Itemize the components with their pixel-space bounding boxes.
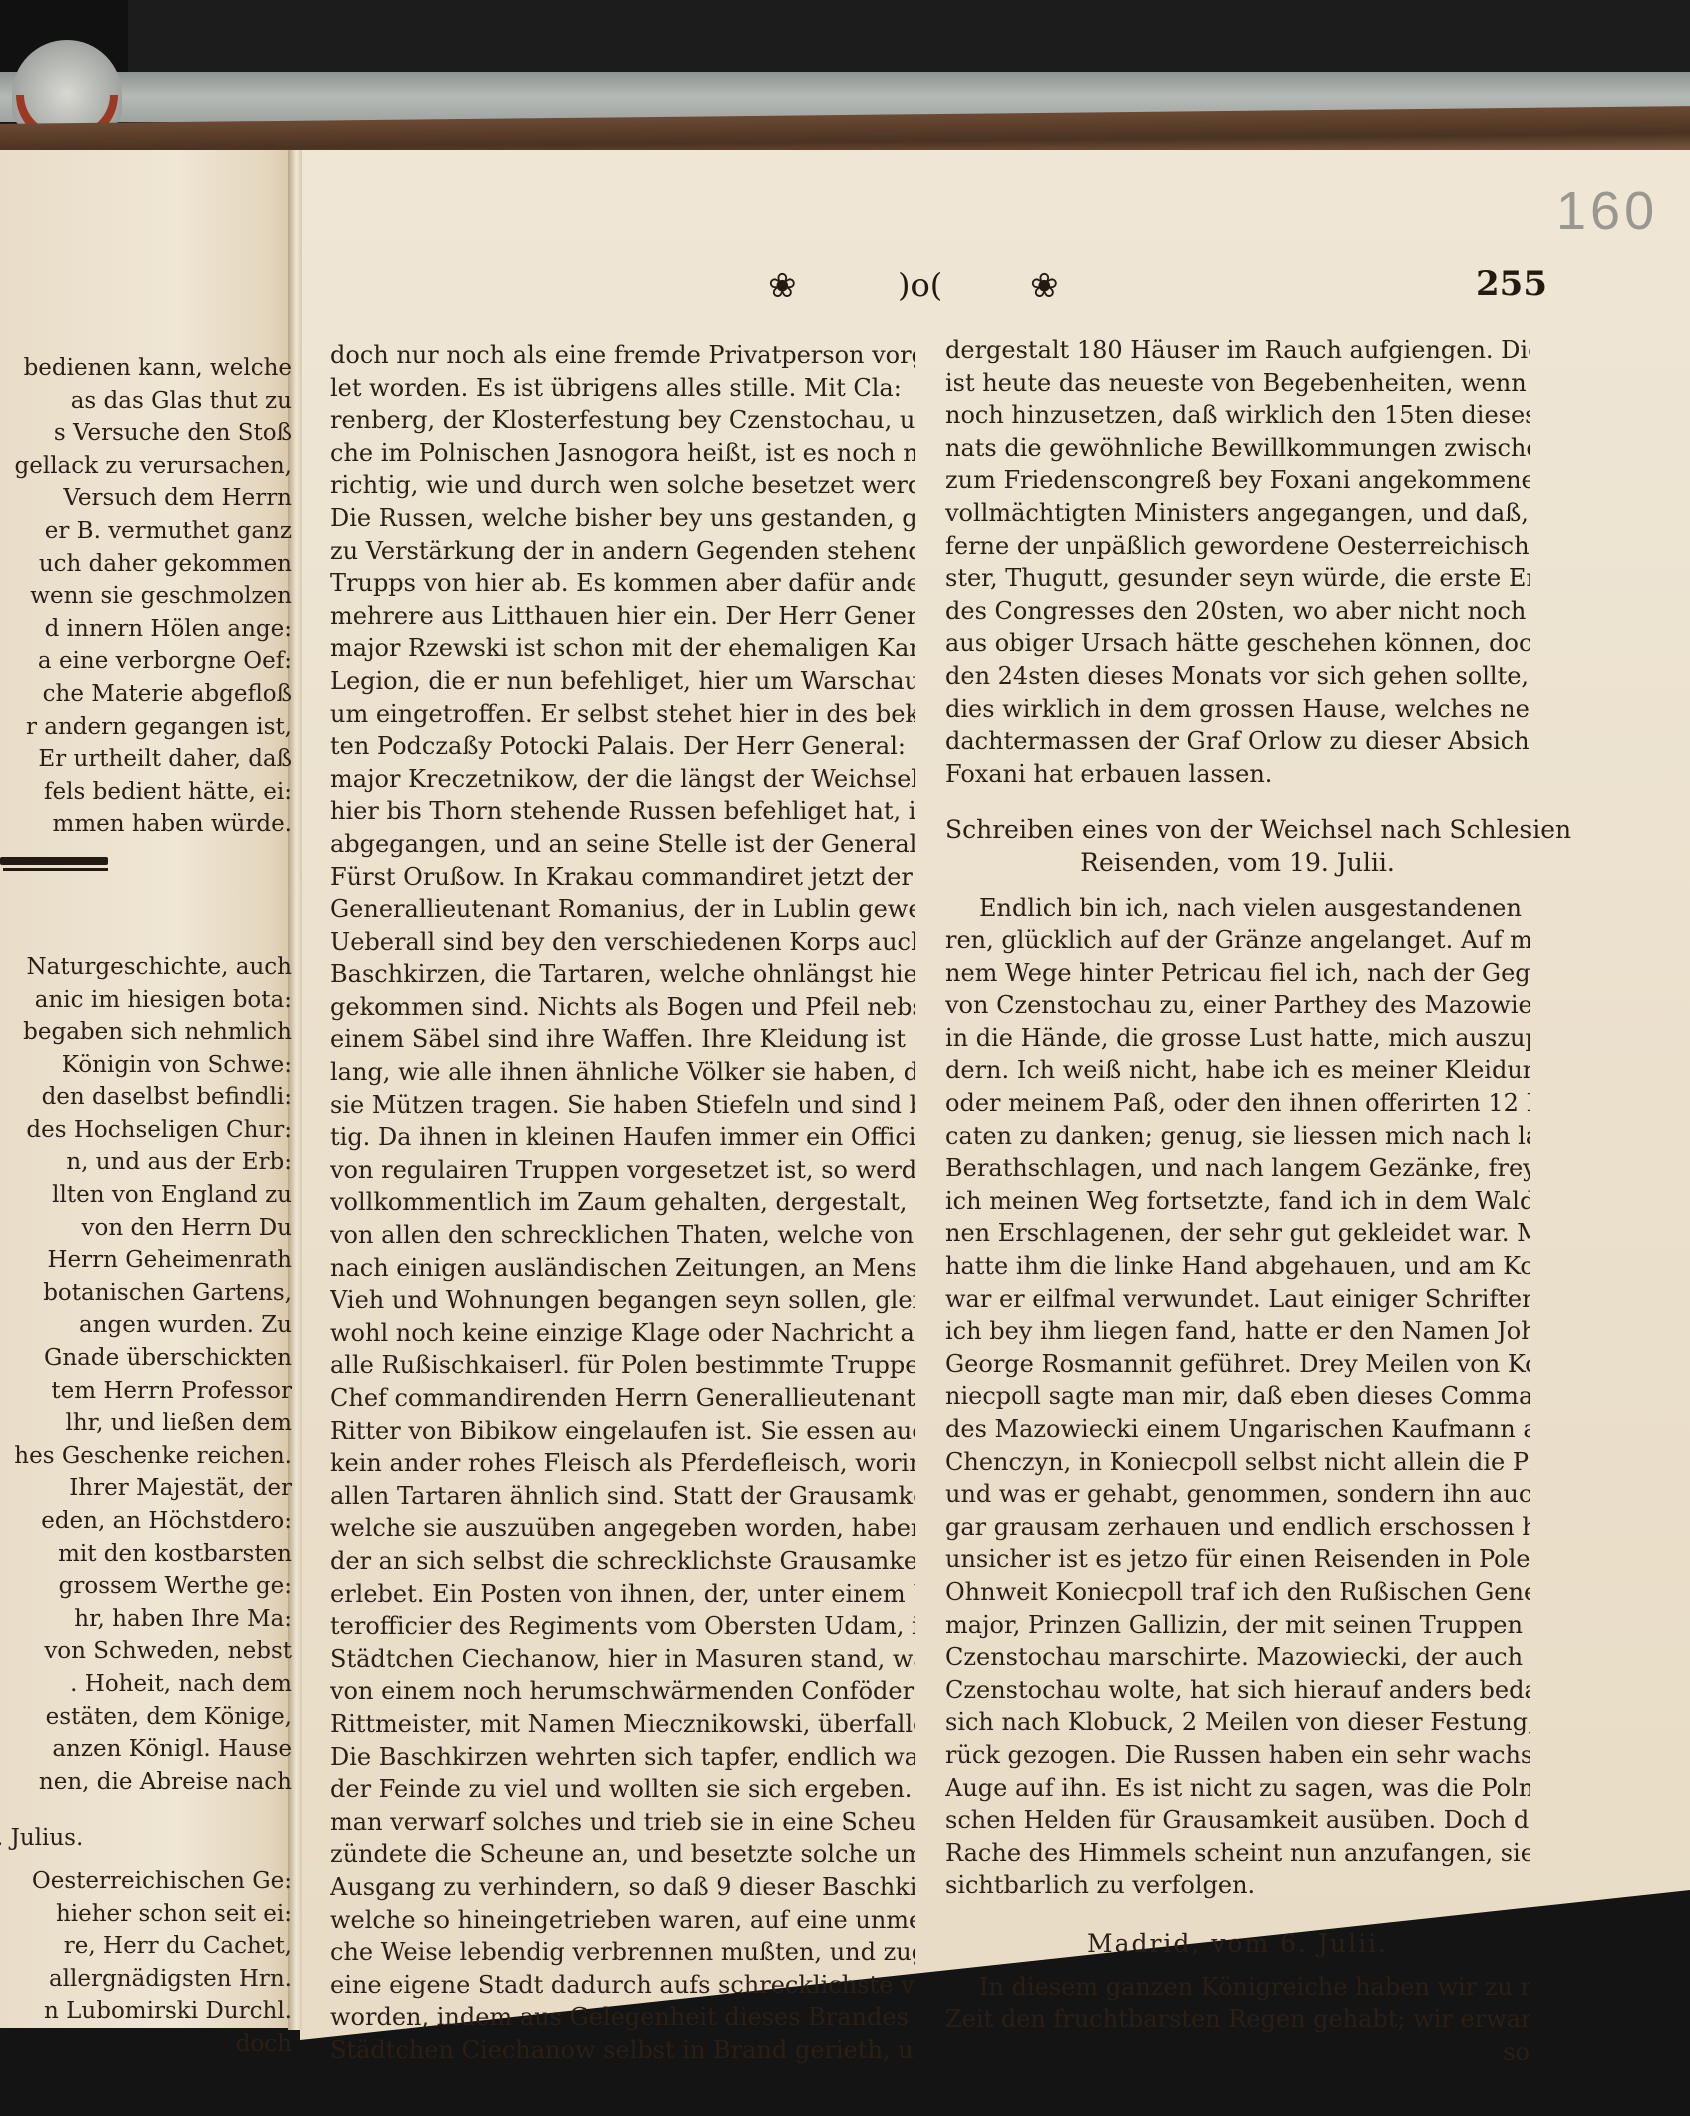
text-line: aus obiger Ursach hätte geschehen können… (945, 627, 1530, 660)
text-line: terofficier des Regiments vom Obersten U… (330, 1610, 915, 1643)
text-line: von Schweden, nebst (0, 1635, 292, 1668)
text-line: der an sich selbst die schrecklichste Gr… (330, 1545, 915, 1578)
text-line: welche so hineingetrieben waren, auf ein… (330, 1904, 915, 1937)
text-line: Auge auf ihn. Es ist nicht zu sagen, was… (945, 1772, 1530, 1805)
text-line: nach einigen ausländischen Zeitungen, an… (330, 1252, 915, 1285)
text-line: des Congresses den 20sten, wo aber nicht… (945, 595, 1530, 628)
text-line: worden, indem aus Gelegenheit dieses Bra… (330, 2001, 915, 2034)
catchword: so (945, 2036, 1530, 2069)
section-gap (945, 880, 1530, 892)
text-line: zündete die Scheune an, und besetzte sol… (330, 1838, 915, 1871)
text-line: Foxani hat erbauen lassen. (945, 758, 1530, 791)
text-line: fels bedient hätte, ei: (0, 776, 292, 809)
text-line: Rache des Himmels scheint nun anzufangen… (945, 1837, 1530, 1870)
text-line: renberg, der Klosterfestung bey Czenstoc… (330, 404, 915, 437)
text-line: Legion, die er nun befehliget, hier um W… (330, 665, 915, 698)
text-line: man verwarf solches und trieb sie in ein… (330, 1806, 915, 1839)
text-line: Herrn Geheimenrath (0, 1244, 292, 1277)
text-line: nen, die Abreise nach (0, 1766, 292, 1799)
text-line: Berathschlagen, und nach langem Gezänke,… (945, 1152, 1530, 1185)
text-line: Endlich bin ich, nach vielen ausgestande… (945, 892, 1530, 925)
rule-thin (3, 868, 108, 871)
text-line: nen Erschlagenen, der sehr gut gekleidet… (945, 1217, 1530, 1250)
text-line: ster, Thugutt, gesunder seyn würde, die … (945, 562, 1530, 595)
text-line: niecpoll sagte man mir, daß eben dieses … (945, 1380, 1530, 1413)
section-gap (0, 1855, 292, 1865)
text-line: Königin von Schwe: (0, 1049, 292, 1082)
text-line: er B. vermuthet ganz (0, 515, 292, 548)
text-line: erlebet. Ein Posten von ihnen, der, unte… (330, 1578, 915, 1611)
text-column-left: doch nur noch als eine fremde Privatpers… (330, 339, 915, 2066)
text-line: hes Geschenke reichen. (0, 1440, 292, 1473)
text-line: Zeit den fruchtbarsten Regen gehabt; wir… (945, 2003, 1530, 2036)
text-line: ren, glücklich auf der Gränze angelanget… (945, 924, 1530, 957)
text-line: Die Russen, welche bisher bey uns gestan… (330, 502, 915, 535)
text-line: nem Wege hinter Petricau fiel ich, nach … (945, 957, 1530, 990)
text-line: eden, an Höchstdero: (0, 1505, 292, 1538)
dateline: . Julius. (0, 1822, 292, 1855)
text-line: d innern Hölen ange: (0, 613, 292, 646)
text-line: dies wirklich in dem grossen Hause, welc… (945, 693, 1530, 726)
text-line: re, Herr du Cachet, (0, 1930, 292, 1963)
text-line: Ritter von Bibikow eingelaufen ist. Sie … (330, 1415, 915, 1448)
text-line: nats die gewöhnliche Bewillkommungen zwi… (945, 432, 1530, 465)
text-line: wenn sie geschmolzen (0, 580, 292, 613)
text-line: as das Glas thut zu (0, 385, 292, 418)
shell-ornament-icon: ❀ (768, 266, 797, 306)
text-line: anzen Königl. Hause (0, 1733, 292, 1766)
text-line: welche sie auszuüben angegeben worden, h… (330, 1512, 915, 1545)
section-gap (945, 790, 1530, 814)
text-line: Czenstochau marschirte. Mazowiecki, der … (945, 1641, 1530, 1674)
text-line: sichtbarlich zu verfolgen. (945, 1869, 1530, 1902)
text-line: lhr, und ließen dem (0, 1407, 292, 1440)
text-line: der Feinde zu viel und wollten sie sich … (330, 1773, 915, 1806)
text-line: s Versuche den Stoß (0, 417, 292, 450)
text-line: sie Mützen tragen. Sie haben Stiefeln un… (330, 1089, 915, 1122)
text-line: ist heute das neueste von Begebenheiten,… (945, 367, 1530, 400)
text-line: In diesem ganzen Königreiche haben wir z… (945, 1971, 1530, 2004)
text-line: let worden. Es ist übrigens alles stille… (330, 372, 915, 405)
page-number: 255 (1476, 264, 1547, 304)
text-line: Trupps von hier ab. Es kommen aber dafür… (330, 567, 915, 600)
text-line: oder meinem Paß, oder den ihnen offerirt… (945, 1087, 1530, 1120)
text-line: mit den kostbarsten (0, 1538, 292, 1571)
text-line: den 24sten dieses Monats vor sich gehen … (945, 660, 1530, 693)
center-ornament-icon: )o( (898, 266, 942, 304)
text-line: wohl noch keine einzige Klage oder Nachr… (330, 1317, 915, 1350)
text-line: Chef commandirenden Herrn Generallieuten… (330, 1382, 915, 1415)
text-line: hier bis Thorn stehende Russen befehlige… (330, 795, 915, 828)
text-line: gekommen sind. Nichts als Bogen und Pfei… (330, 991, 915, 1024)
text-line: zu Verstärkung der in andern Gegenden st… (330, 535, 915, 568)
text-line: begaben sich nehmlich (0, 1016, 292, 1049)
text-line: zum Friedenscongreß bey Foxani angekomme… (945, 464, 1530, 497)
text-line: alle Rußischkaiserl. für Polen bestimmte… (330, 1349, 915, 1382)
section-gap (945, 1961, 1530, 1971)
text-line: von einem noch herumschwärmenden Conföde… (330, 1675, 915, 1708)
text-line: den daselbst befindli: (0, 1081, 292, 1114)
scan-background-bottom (0, 2070, 1690, 2116)
text-line: Oesterreichischen Ge: (0, 1865, 292, 1898)
text-line: Er urtheilt daher, daß (0, 743, 292, 776)
text-line: allen Tartaren ähnlich sind. Statt der G… (330, 1480, 915, 1513)
text-line: r andern gegangen ist, (0, 711, 292, 744)
text-line: Generallieutenant Romanius, der in Lubli… (330, 893, 915, 926)
text-line: Die Baschkirzen wehrten sich tapfer, end… (330, 1741, 915, 1774)
text-line: einem Säbel sind ihre Waffen. Ihre Kleid… (330, 1023, 915, 1056)
text-line: dern. Ich weiß nicht, habe ich es meiner… (945, 1054, 1530, 1087)
text-line: vollkommentlich im Zaum gehalten, derges… (330, 1186, 915, 1219)
text-line: kein ander rohes Fleisch als Pferdefleis… (330, 1447, 915, 1480)
left-page-text: bedienen kann, welche as das Glas thut z… (0, 352, 292, 2061)
text-line: mmen haben würde. (0, 808, 292, 841)
text-line: angen wurden. Zu (0, 1309, 292, 1342)
text-line: estäten, dem Könige, (0, 1701, 292, 1734)
text-line: von Czenstochau zu, einer Parthey des Ma… (945, 989, 1530, 1022)
section-heading: Reisenden, vom 19. Julii. (945, 847, 1530, 880)
text-line: Naturgeschichte, auch (0, 951, 292, 984)
text-line: major, Prinzen Gallizin, der mit seinen … (945, 1609, 1530, 1642)
section-heading: Schreiben eines von der Weichsel nach Sc… (945, 814, 1530, 847)
text-line: caten zu danken; genug, sie liessen mich… (945, 1120, 1530, 1153)
text-line: Gnade überschickten (0, 1342, 292, 1375)
shell-ornament-icon: ❀ (1030, 266, 1059, 306)
text-line: grossem Werthe ge: (0, 1570, 292, 1603)
text-line: ten Podczaßy Potocki Palais. Der Herr Ge… (330, 730, 915, 763)
text-line: sich nach Klobuck, 2 Meilen von dieser F… (945, 1706, 1530, 1739)
folio-stamp: 160 (1556, 180, 1658, 242)
section-gap (0, 1798, 292, 1822)
text-line: von allen den schrecklichen Thaten, welc… (330, 1219, 915, 1252)
text-line: des Hochseligen Chur: (0, 1114, 292, 1147)
text-column-right: dergestalt 180 Häuser im Rauch aufgienge… (945, 334, 1530, 2068)
text-line: Vieh und Wohnungen begangen seyn sollen,… (330, 1284, 915, 1317)
text-line: Ausgang zu verhindern, so daß 9 dieser B… (330, 1871, 915, 1904)
text-line: Ohnweit Koniecpoll traf ich den Rußische… (945, 1576, 1530, 1609)
text-line: Städtchen Ciechanow selbst in Brand geri… (330, 2034, 915, 2067)
section-gap (945, 1902, 1530, 1928)
text-line: dachtermassen der Graf Orlow zu dieser A… (945, 725, 1530, 758)
text-line: abgegangen, und an seine Stelle ist der … (330, 828, 915, 861)
text-line: n, und aus der Erb: (0, 1146, 292, 1179)
section-divider-rule (0, 857, 108, 871)
text-line: Ueberall sind bey den verschiedenen Korp… (330, 926, 915, 959)
text-line: Versuch dem Herrn (0, 482, 292, 515)
section-heading: Madrid, vom 6. Julii. (945, 1928, 1530, 1961)
text-line: ich bey ihm liegen fand, hatte er den Na… (945, 1315, 1530, 1348)
text-line: Rittmeister, mit Namen Miecznikowski, üb… (330, 1708, 915, 1741)
text-line: allergnädigsten Hrn. (0, 1963, 292, 1996)
text-line: uch daher gekommen (0, 548, 292, 581)
text-line: lang, wie alle ihnen ähnliche Völker sie… (330, 1056, 915, 1089)
text-line: Baschkirzen, die Tartaren, welche ohnlän… (330, 958, 915, 991)
text-line: noch hinzusetzen, daß wirklich den 15ten… (945, 399, 1530, 432)
text-line: von regulairen Truppen vorgesetzet ist, … (330, 1154, 915, 1187)
text-line: des Mazowiecki einem Ungarischen Kaufman… (945, 1413, 1530, 1446)
text-line: Städtchen Ciechanow, hier in Masuren sta… (330, 1643, 915, 1676)
text-line: um eingetroffen. Er selbst stehet hier i… (330, 698, 915, 731)
text-line: von den Herrn Du (0, 1212, 292, 1245)
text-line: che Materie abgefloß (0, 678, 292, 711)
text-line: in die Hände, die grosse Lust hatte, mic… (945, 1022, 1530, 1055)
text-line: dergestalt 180 Häuser im Rauch aufgienge… (945, 334, 1530, 367)
text-line: anic im hiesigen bota: (0, 984, 292, 1017)
text-line: a eine verborgne Oef: (0, 645, 292, 678)
text-line: und was er gehabt, genommen, sondern ihn… (945, 1478, 1530, 1511)
catchword: doch (0, 2028, 292, 2061)
text-line: mehrere aus Litthauen hier ein. Der Herr… (330, 600, 915, 633)
text-line: bedienen kann, welche (0, 352, 292, 385)
text-line: tig. Da ihnen in kleinen Haufen immer ei… (330, 1121, 915, 1154)
text-line: unsicher ist es jetzo für einen Reisende… (945, 1543, 1530, 1576)
text-line: gellack zu verursachen, (0, 450, 292, 483)
text-line: George Rosmannit geführet. Drey Meilen v… (945, 1348, 1530, 1381)
text-line: Czenstochau wolte, hat sich hierauf ande… (945, 1674, 1530, 1707)
text-line: schen Helden für Grausamkeit ausüben. Do… (945, 1804, 1530, 1837)
text-line: hr, haben Ihre Ma: (0, 1603, 292, 1636)
text-line: llten von England zu (0, 1179, 292, 1212)
text-line: che Weise lebendig verbrennen mußten, un… (330, 1936, 915, 1969)
text-line: richtig, wie und durch wen solche besetz… (330, 469, 915, 502)
text-line: tem Herrn Professor (0, 1375, 292, 1408)
text-line: hatte ihm die linke Hand abgehauen, und … (945, 1250, 1530, 1283)
text-line: vollmächtigten Ministers angegangen, und… (945, 497, 1530, 530)
text-line: war er eilfmal verwundet. Laut einiger S… (945, 1283, 1530, 1316)
rule-thick (0, 857, 108, 865)
text-line: che im Polnischen Jasnogora heißt, ist e… (330, 437, 915, 470)
text-line: rück gezogen. Die Russen haben ein sehr … (945, 1739, 1530, 1772)
text-line: Fürst Orußow. In Krakau commandiret jetz… (330, 861, 915, 894)
text-line: ich meinen Weg fortsetzte, fand ich in d… (945, 1185, 1530, 1218)
text-line: gar grausam zerhauen und endlich erschos… (945, 1511, 1530, 1544)
text-line: Ihrer Majestät, der (0, 1472, 292, 1505)
text-line: doch nur noch als eine fremde Privatpers… (330, 339, 915, 372)
text-line: n Lubomirski Durchl. (0, 1995, 292, 2028)
text-line: ferne der unpäßlich gewordene Oesterreic… (945, 530, 1530, 563)
text-line: botanischen Gartens, (0, 1277, 292, 1310)
text-line: major Rzewski ist schon mit der ehemalig… (330, 632, 915, 665)
text-line: eine eigene Stadt dadurch aufs schreckli… (330, 1969, 915, 2002)
text-line: Chenczyn, in Koniecpoll selbst nicht all… (945, 1446, 1530, 1479)
text-line: . Hoheit, nach dem (0, 1668, 292, 1701)
text-line: major Kreczetnikow, der die längst der W… (330, 763, 915, 796)
text-line: hieher schon seit ei: (0, 1898, 292, 1931)
